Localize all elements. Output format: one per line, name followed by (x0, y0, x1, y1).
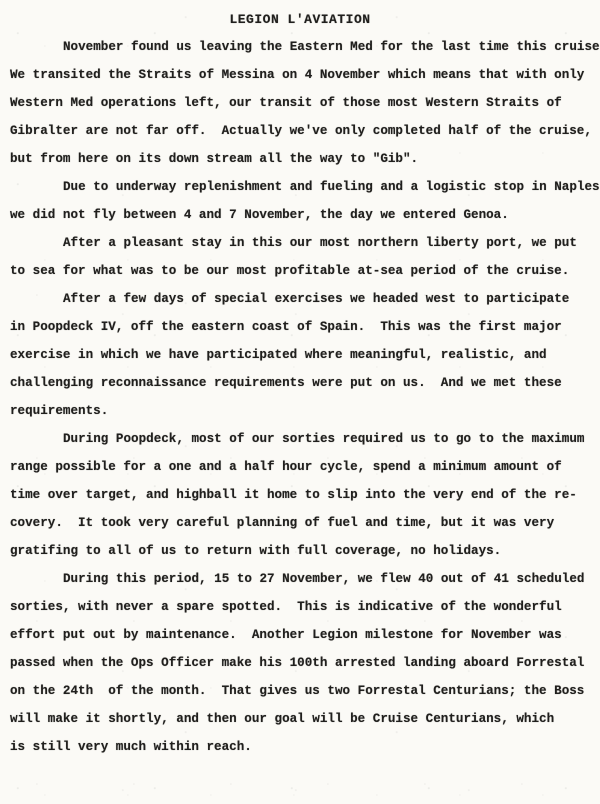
text-line: challenging reconnaissance requirements … (10, 369, 594, 397)
text-line: Western Med operations left, our transit… (10, 89, 594, 117)
text-line: sorties, with never a spare spotted. Thi… (10, 593, 594, 621)
document-title: LEGION L'AVIATION (0, 12, 600, 27)
text-line: During Poopdeck, most of our sorties req… (10, 425, 594, 453)
text-line: gratifing to all of us to return with fu… (10, 537, 594, 565)
text-line: After a few days of special exercises we… (10, 285, 594, 313)
text-line: We transited the Straits of Messina on 4… (10, 61, 594, 89)
document-page: LEGION L'AVIATION November found us leav… (0, 0, 600, 804)
text-line: in Poopdeck IV, off the eastern coast of… (10, 313, 594, 341)
text-line: effort put out by maintenance. Another L… (10, 621, 594, 649)
text-line: on the 24th of the month. That gives us … (10, 677, 594, 705)
text-line: Due to underway replenishment and fuelin… (10, 173, 594, 201)
text-line: range possible for a one and a half hour… (10, 453, 594, 481)
document-body: November found us leaving the Eastern Me… (0, 33, 600, 761)
text-line: but from here on its down stream all the… (10, 145, 594, 173)
text-line: After a pleasant stay in this our most n… (10, 229, 594, 257)
text-line: passed when the Ops Officer make his 100… (10, 649, 594, 677)
text-line: exercise in which we have participated w… (10, 341, 594, 369)
text-line: is still very much within reach. (10, 733, 594, 761)
text-line: November found us leaving the Eastern Me… (10, 33, 594, 61)
text-line: requirements. (10, 397, 594, 425)
text-line: time over target, and highball it home t… (10, 481, 594, 509)
text-line: Gibralter are not far off. Actually we'v… (10, 117, 594, 145)
text-line: we did not fly between 4 and 7 November,… (10, 201, 594, 229)
text-line: covery. It took very careful planning of… (10, 509, 594, 537)
text-line: will make it shortly, and then our goal … (10, 705, 594, 733)
text-line: During this period, 15 to 27 November, w… (10, 565, 594, 593)
text-line: to sea for what was to be our most profi… (10, 257, 594, 285)
